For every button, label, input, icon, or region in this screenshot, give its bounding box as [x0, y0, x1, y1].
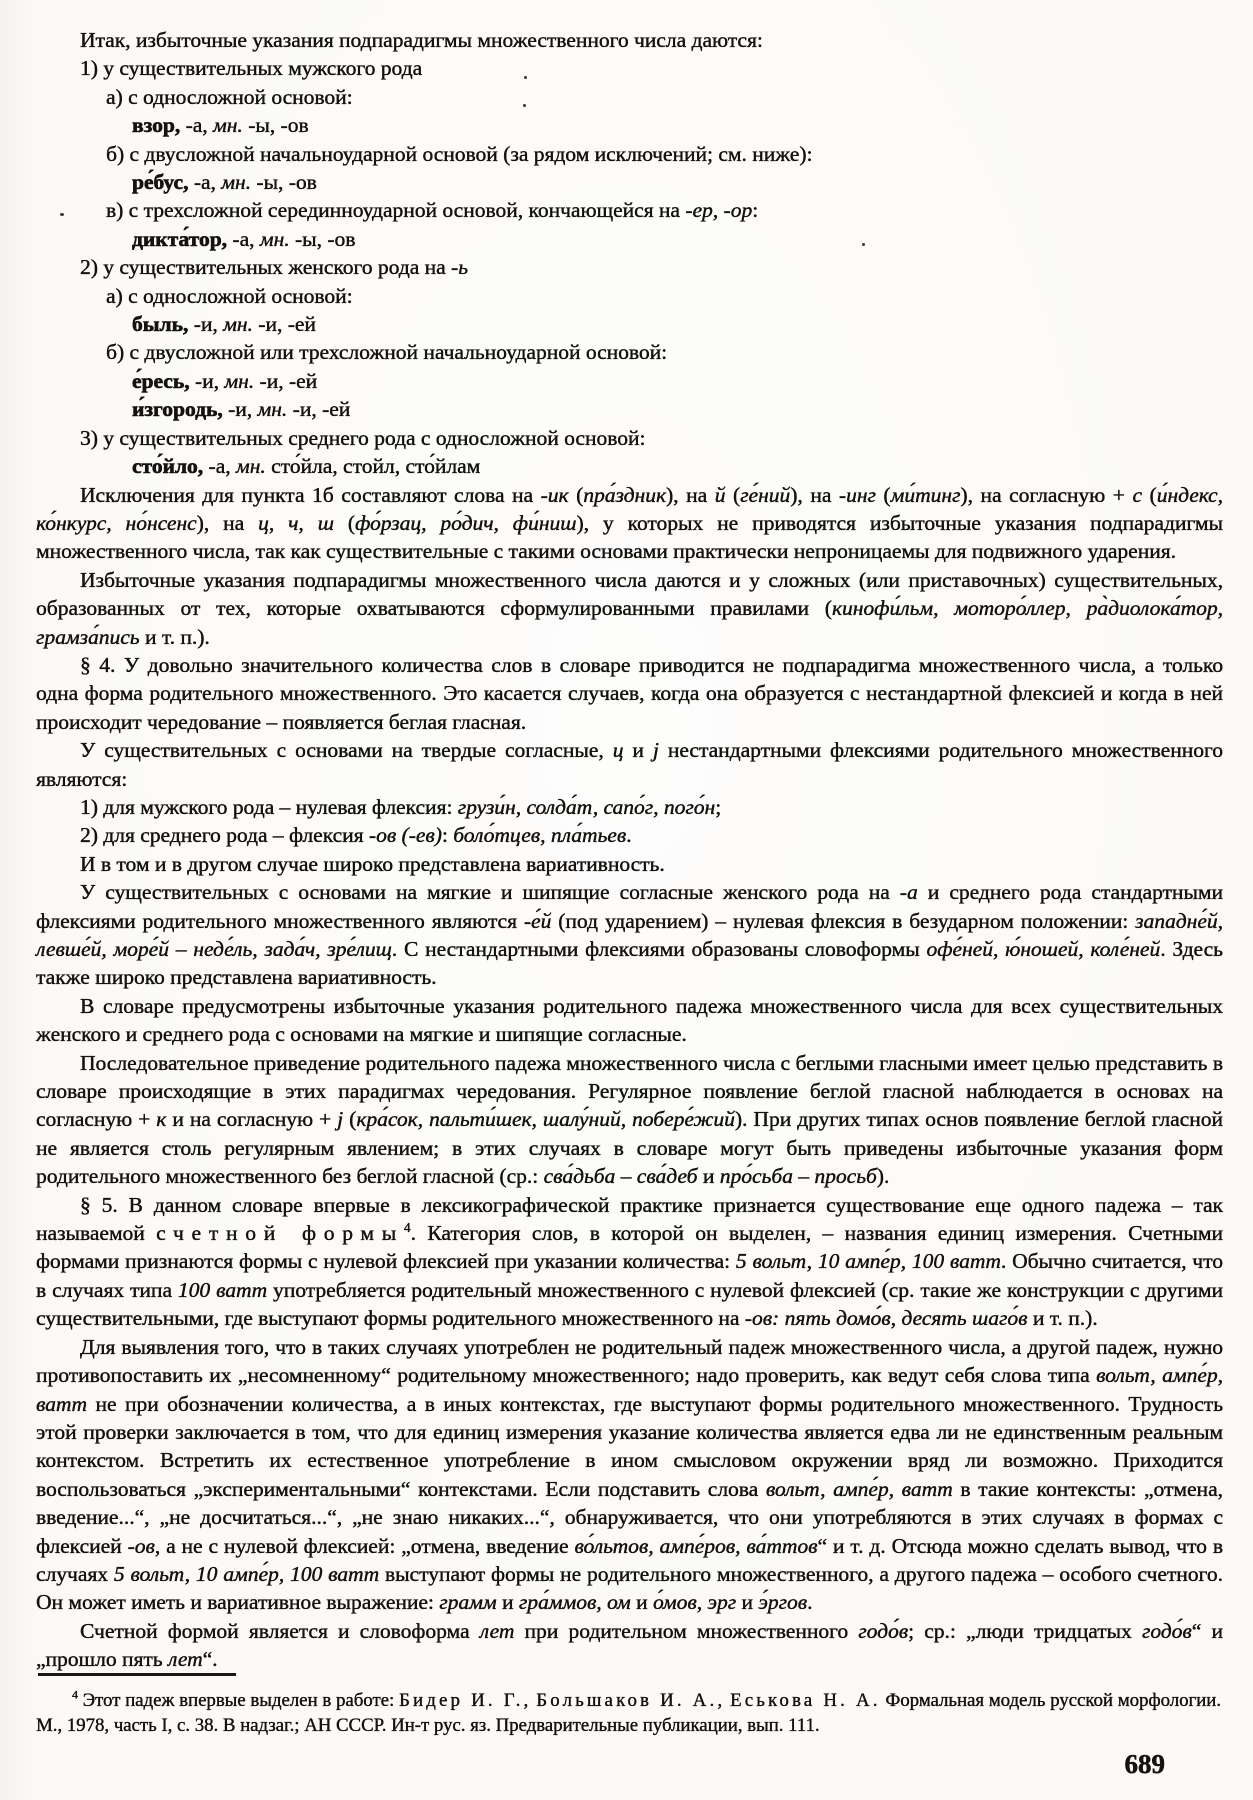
list-item-1v: в) с трехсложной серединноударной осново… — [36, 196, 1223, 224]
dictionary-example: быль, -и, мн. -и, -ей — [36, 310, 1223, 338]
flexion-list-item-1: 1) для мужского рода – нулевая флексия: … — [36, 793, 1223, 821]
redundant-indications-paragraph: В словаре предусмотрены избыточные указа… — [36, 992, 1223, 1049]
exceptions-paragraph: Исключения для пункта 1б составляют слов… — [36, 481, 1223, 566]
list-item-2a: а) с односложной основой: — [36, 282, 1223, 310]
dictionary-example: е́ресь, -и, мн. -и, -ей — [36, 367, 1223, 395]
page-number: 689 — [1125, 1749, 1166, 1780]
footnote-marker: 4 — [404, 1220, 411, 1235]
list-item-2: 2) у существительных женского рода на -ь — [36, 253, 1223, 281]
fleeting-vowel-paragraph: Последовательное приведение родительного… — [36, 1049, 1223, 1191]
intro-paragraph: Итак, избыточные указания подпарадигмы м… — [36, 26, 1223, 54]
footnote-rule — [38, 1673, 236, 1676]
scan-speck — [862, 243, 865, 246]
soft-stems-paragraph: У существительных с основами на мягкие и… — [36, 878, 1223, 992]
counting-form-test-paragraph: Для выявления того, что в таких случаях … — [36, 1333, 1223, 1617]
section-4-paragraph: § 4. У довольно значительного количества… — [36, 651, 1223, 736]
scan-speck — [60, 213, 64, 216]
let-godov-paragraph: Счетной формой является и словоформа лет… — [36, 1617, 1223, 1674]
dictionary-example: взор, -а, мн. -ы, -ов — [36, 111, 1223, 139]
footnote-text-container: 4 Этот падеж впервые выделен в работе: Б… — [36, 1688, 1221, 1738]
flexion-list-item-2: 2) для среднего рода – флексия -ов (-ев)… — [36, 821, 1223, 849]
dictionary-example: ре́бус, -а, мн. -ы, -ов — [36, 168, 1223, 196]
compound-paragraph: Избыточные указания подпарадигмы множест… — [36, 566, 1223, 651]
footnote-text: 4 Этот падеж впервые выделен в работе: Б… — [36, 1688, 1221, 1738]
dictionary-example: и́згородь, -и, мн. -и, -ей — [36, 395, 1223, 423]
hard-stems-paragraph: У существительных с основами на твердые … — [36, 736, 1223, 793]
scanned-page: Итак, избыточные указания подпарадигмы м… — [0, 0, 1253, 1800]
dictionary-example: сто́йло, -а, мн. сто́йла, стойл, сто́йла… — [36, 452, 1223, 480]
list-item-3: 3) у существительных среднего рода с одн… — [36, 424, 1223, 452]
scan-speck — [524, 76, 527, 79]
list-item-2b: б) с двусложной или трехсложной начально… — [36, 338, 1223, 366]
variability-line: И в том и в другом случае широко предста… — [36, 850, 1223, 878]
dictionary-example: дикта́тор, -а, мн. -ы, -ов — [36, 225, 1223, 253]
text-body: Итак, избыточные указания подпарадигмы м… — [36, 26, 1223, 1674]
scan-speck — [523, 104, 526, 107]
list-item-1b: б) с двусложной начальноударной основой … — [36, 140, 1223, 168]
footnote: 4 Этот падеж впервые выделен в работе: Б… — [36, 1673, 1221, 1738]
list-item-1: 1) у существительных мужского рода — [36, 54, 1223, 82]
list-item-1a: а) с односложной основой: — [36, 83, 1223, 111]
section-5-paragraph: § 5. В данном словаре впервые в лексиког… — [36, 1191, 1223, 1333]
